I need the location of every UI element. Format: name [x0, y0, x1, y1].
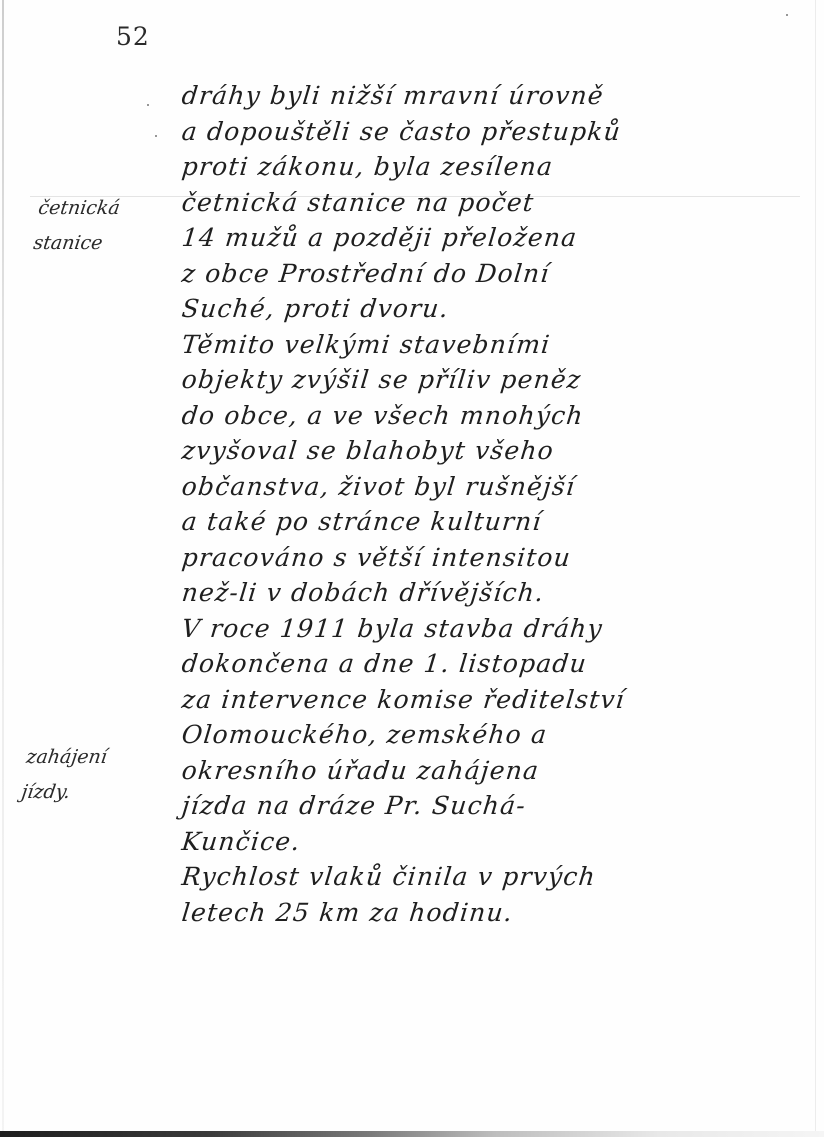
margin-note-line: jízdy.	[19, 775, 104, 810]
text-line: z obce Prostřední do Dolní	[180, 256, 744, 292]
ink-speck	[147, 104, 149, 106]
margin-note-line: zahájení	[24, 740, 109, 775]
text-line: 14 mužů a později přeložena	[180, 220, 744, 256]
text-line: četnická stanice na počet	[180, 185, 744, 221]
text-line: dokončena a dne 1. listopadu	[180, 646, 744, 682]
text-line: než-li v dobách dřívějších.	[180, 575, 744, 611]
scanned-page: 52 četnická stanice zahájení jízdy. dráh…	[0, 0, 824, 1137]
text-line: za intervence komise ředitelství	[180, 682, 744, 718]
text-line: občanstva, život byl rušnější	[180, 469, 744, 505]
text-line: a dopouštěli se často přestupků	[180, 114, 744, 150]
text-line: zvyšoval se blahobyt všeho	[180, 433, 744, 469]
scan-edge-right	[815, 0, 816, 1137]
text-line: Olomouckého, zemského a	[180, 717, 744, 753]
margin-note-zahajeni-jizdy: zahájení jízdy.	[19, 740, 109, 810]
text-line: V roce 1911 byla stavba dráhy	[180, 611, 744, 647]
text-line: jízda na dráze Pr. Suchá-	[180, 788, 744, 824]
scan-edge-bottom	[0, 1131, 824, 1137]
text-line: letech 25 km za hodinu.	[180, 895, 744, 931]
text-line: do obce, a ve všech mnohých	[180, 398, 744, 434]
margin-note-line: četnická	[36, 191, 122, 226]
ink-speck	[786, 14, 788, 16]
text-line: proti zákonu, byla zesílena	[180, 149, 744, 185]
ink-speck	[155, 135, 157, 137]
page-number: 52	[116, 22, 150, 51]
text-line: dráhy byli nižší mravní úrovně	[180, 78, 744, 114]
handwritten-body: dráhy byli nižší mravní úrovně a dopoušt…	[180, 78, 740, 930]
scan-edge-left	[2, 0, 4, 1137]
text-line: okresního úřadu zahájena	[180, 753, 744, 789]
margin-note-cetnicka-stanice: četnická stanice	[31, 191, 122, 261]
text-line: Suché, proti dvoru.	[180, 291, 744, 327]
text-line: Rychlost vlaků činila v prvých	[180, 859, 744, 895]
text-line: pracováno s větší intensitou	[180, 540, 744, 576]
margin-note-line: stanice	[31, 226, 117, 261]
text-line: objekty zvýšil se příliv peněz	[180, 362, 744, 398]
text-line: a také po stránce kulturní	[180, 504, 744, 540]
text-line: Těmito velkými stavebními	[180, 327, 744, 363]
text-line: Kunčice.	[180, 824, 744, 860]
